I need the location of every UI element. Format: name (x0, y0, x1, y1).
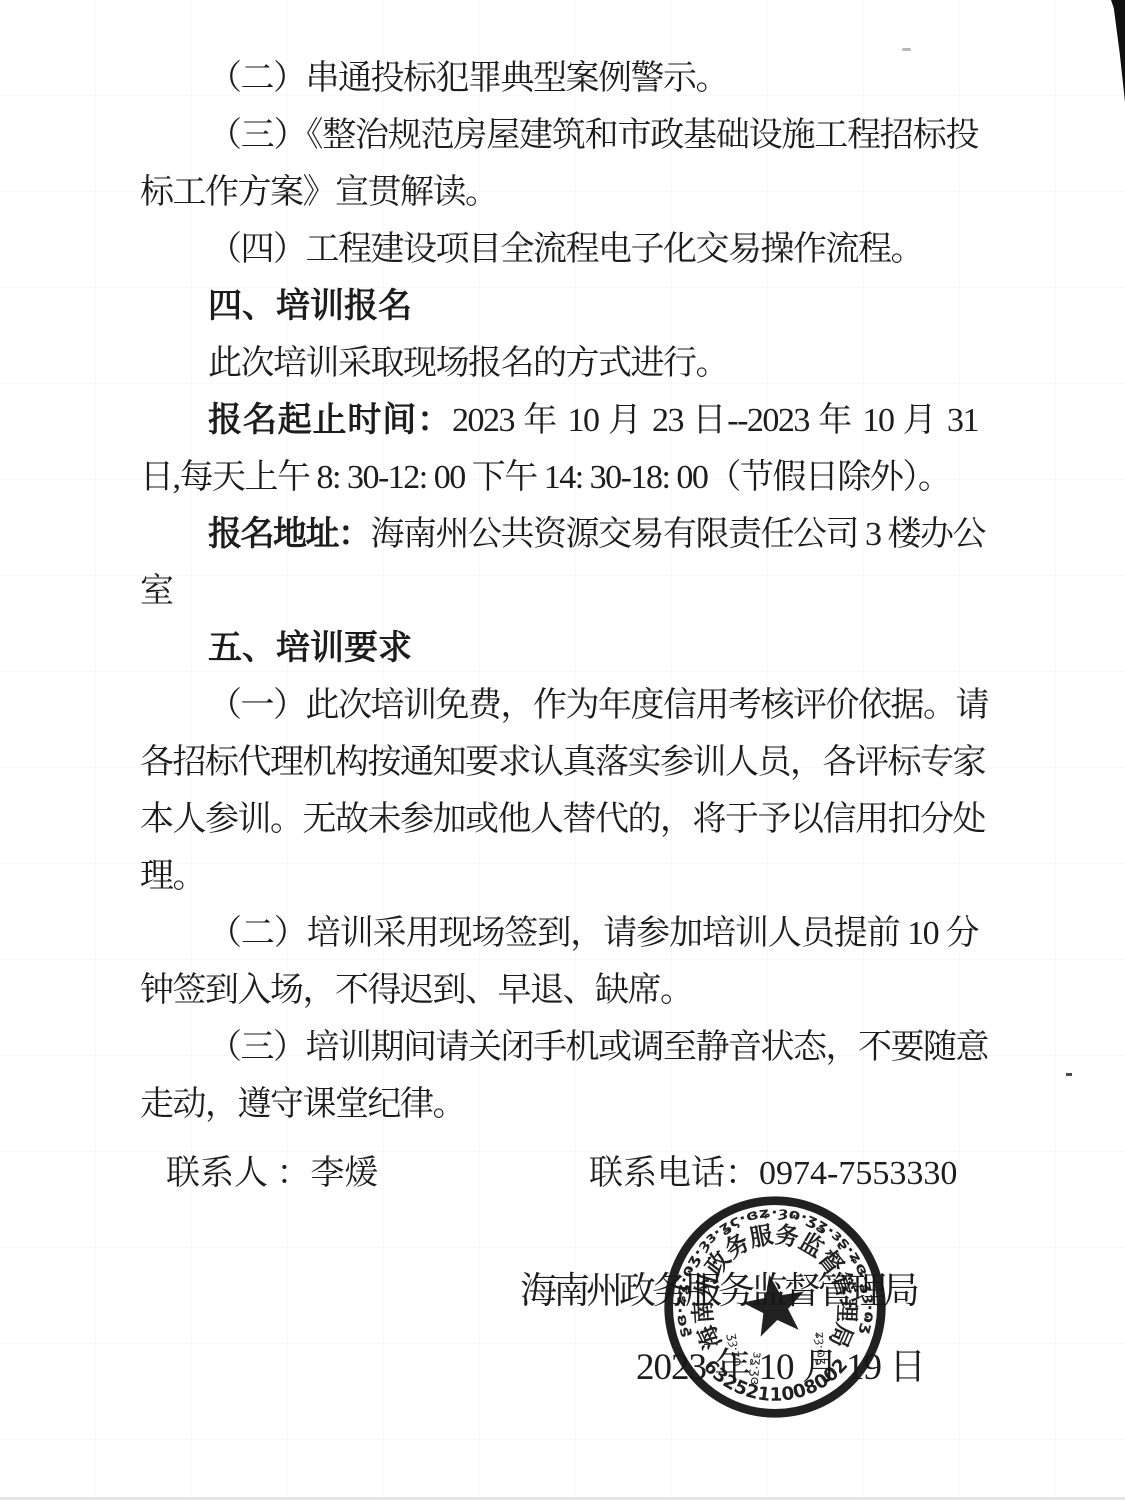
text-line: （二）培训采用现场签到，请参加培训人员提前 10 分 (140, 905, 978, 962)
text-line: 此次培训采取现场报名的方式进行。 (140, 335, 978, 392)
text-line: （二）串通投标犯罪典型案例警示。 (140, 50, 978, 107)
field-label: 报名地址： (208, 516, 371, 553)
text-line: 本人参训。无故未参加或他人替代的，将于予以信用扣分处 (140, 791, 978, 848)
seal-inner-mark: ʑȝ·ɷʓ (813, 1331, 831, 1366)
paragraph: 此次培训采取现场报名的方式进行。 (140, 335, 978, 392)
text-line: 五、培训要求 (140, 620, 978, 677)
contact-person: 联系人 ：李煖 (166, 1145, 379, 1202)
text-line: 四、培训报名 (140, 278, 978, 335)
scanned-notice-page: （二）串通投标犯罪典型案例警示。（三）《整治规范房屋建筑和市政基础设施工程招标投… (0, 0, 1125, 1500)
document-content: （二）串通投标犯罪典型案例警示。（三）《整治规范房屋建筑和市政基础设施工程招标投… (140, 50, 978, 1202)
text-line: 走动，遵守课堂纪律。 (140, 1076, 978, 1133)
paragraph: （一）此次培训免费，作为年度信用考核评价依据。请各招标代理机构按通知要求认真落实… (140, 677, 978, 905)
paragraph: （三）《整治规范房屋建筑和市政基础设施工程招标投标工作方案》宣贯解读。 (140, 107, 978, 221)
text-line: （三）培训期间请关闭手机或调至静音状态，不要随意 (140, 1019, 978, 1076)
paragraph: 报名起止时间：2023 年 10 月 23 日--2023 年 10 月 31日… (140, 392, 978, 506)
official-seal-stamp: ʂɞ·ʑʓ·ɷʒ·ȝɜ·ʓϛ·ɞʑ·ȝɷ·ʒʓ·ɜʂ·ʑɞ·ʓȝ·ɷʒ 海南州政… (659, 1191, 891, 1423)
scan-edge-artifact (1111, 0, 1125, 102)
text-line: 各招标代理机构按通知要求认真落实参训人员，各评标专家 (140, 734, 978, 791)
field-label: 报名起止时间： (208, 402, 452, 439)
text-line: （四）工程建设项目全流程电子化交易操作流程。 (140, 221, 978, 278)
paragraph: 报名地址：海南州公共资源交易有限责任公司 3 楼办公室 (140, 506, 978, 620)
text-line: 日,每天上午 8: 30-12: 00 下午 14: 30-18: 00（节假日… (140, 449, 978, 506)
scan-speck-artifact (1066, 1073, 1072, 1076)
document-body: （二）串通投标犯罪典型案例警示。（三）《整治规范房屋建筑和市政基础设施工程招标投… (140, 50, 978, 1133)
text-line: （一）此次培训免费，作为年度信用考核评价依据。请 (140, 677, 978, 734)
seal-star-icon (742, 1275, 804, 1337)
text-line: 报名起止时间：2023 年 10 月 23 日--2023 年 10 月 31 (140, 392, 978, 449)
text-line: 报名地址：海南州公共资源交易有限责任公司 3 楼办公 (140, 506, 978, 563)
text-line: 室 (140, 563, 978, 620)
paragraph: （二）串通投标犯罪典型案例警示。 (140, 50, 978, 107)
text-line: 标工作方案》宣贯解读。 (140, 164, 978, 221)
text-line: 钟签到入场，不得迟到、早退、缺席。 (140, 962, 978, 1019)
paragraph: （二）培训采用现场签到，请参加培训人员提前 10 分钟签到入场，不得迟到、早退、… (140, 905, 978, 1019)
section-heading: 四、培训报名 (140, 278, 978, 335)
text-line: 理。 (140, 848, 978, 905)
scan-speck-artifact (902, 48, 911, 51)
seal-inner-mark: ʒȝ·ʑɷ (726, 1332, 747, 1368)
paragraph: （四）工程建设项目全流程电子化交易操作流程。 (140, 221, 978, 278)
seal-inner-mark: ɜʓ·ʒɞ (748, 1351, 766, 1386)
text-line: （三）《整治规范房屋建筑和市政基础设施工程招标投 (140, 107, 978, 164)
paragraph: （三）培训期间请关闭手机或调至静音状态，不要随意走动，遵守课堂纪律。 (140, 1019, 978, 1133)
section-heading: 五、培训要求 (140, 620, 978, 677)
